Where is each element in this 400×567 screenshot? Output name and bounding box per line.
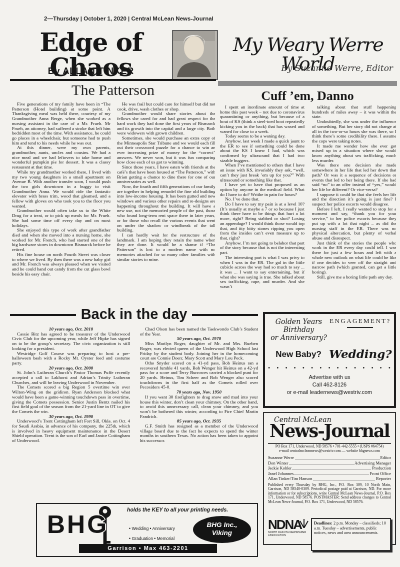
columnist-photo [172,30,218,80]
body-paragraph: If you want 30 firefighters to drag snow… [140,395,258,419]
back-in-the-day-title: Back in the day [81,307,187,323]
columnist-photo-image [173,31,215,77]
body-paragraph: She enjoyed this type of work after gran… [12,228,111,252]
body-paragraph: Anyhow, I’m not going to belabor that pa… [220,241,305,256]
body-paragraph: It made me wonder how she ever got mixed… [312,144,397,163]
body-paragraph: I suppose it could be that she feels her… [312,192,397,207]
celebrations-ad: Golden Years Birthday or Anniversary? En… [263,312,396,408]
body-paragraph: Cassie Bitz has agreed to be treasurer o… [12,332,130,351]
folio-text: 2—Thursday | October 1, 2020 | Central M… [44,16,224,22]
deadlines-title: Deadlines: [314,521,332,526]
masthead-address-block: PO Box 171, Underwood, ND 58576 • 701-44… [268,444,391,454]
body-paragraph: • Wedding • Anniversary [129,526,201,532]
body-paragraph: St. John’s Lutheran Church’s Pastor Thom… [12,371,130,386]
body-paragraph: I spent an inordinate amount of time at … [220,105,305,134]
body-paragraph: Otho Snyder scored on a 41-yd pass, Bob … [140,361,258,390]
masthead-address: PO Box 171, Underwood, ND 58576 • 701-44… [268,444,391,449]
gray-divider-bar [218,81,397,86]
bhg-tagline: holds the KEY to all your printing needs… [127,507,253,513]
cuff-em-danno-headline: Cuff ’em, Danno [218,88,397,104]
body-paragraph: While my grandmother worked there, I liv… [12,170,111,209]
newspaper-page: 2—Thursday | October 1, 2020 | Central M… [0,0,400,567]
heading-rule-right [192,314,258,316]
staff-row: Jackie KohlerProduction [268,465,391,470]
wedding-text: Wedding? [329,347,391,361]
bhg-services-list: • Wedding • Anniversary• Graduation • Me… [129,517,201,543]
left-section-rule [10,79,216,81]
body-paragraph: Underwood’s Trent Cottingham left Fort S… [12,419,130,443]
body-paragraph: Anyhow, last week I made a quick jaunt t… [220,139,305,163]
ndna-burst-icon [299,515,309,533]
new-baby-text: New Baby? [268,349,329,359]
ad-phone-number: Call 462-8126 [268,382,391,390]
celebrations-ad-row-1: Golden Years Birthday or Anniversary? En… [268,318,391,342]
body-paragraph: Before I left, I really wanted to stop f… [312,207,397,241]
body-paragraph: G.F. Smith has resigned as a member of t… [140,424,258,443]
body-paragraph: Grandmother would often take us to the W… [12,209,111,228]
deadlines-box: Deadlines: 2 p.m. Monday – classifieds; … [311,518,391,551]
masthead-box: Central McLean News-Journal PO Box 171, … [263,412,396,545]
staff-row: Allan Tinker/Tim HansonReporter [268,476,391,481]
cuff-em-column-1: I spent an inordinate amount of time at … [220,105,305,309]
celebrations-ad-row-2: New Baby? Wedding? [268,347,391,361]
golden-years-text: Golden Years Birthday or Anniversary? [268,318,330,342]
back-in-the-day-heading: Back in the day [10,307,258,323]
body-paragraph: The interesting part is what I was privy… [220,255,305,289]
staff-row: Don WinterAdvertising Manager [268,460,391,465]
folio-line: 2—Thursday | October 1, 2020 | Central M… [44,16,224,26]
advertise-contact-block: Advertise with us Call 462-8126 or e-mai… [268,374,391,398]
engagement-text: Engagement? [330,318,392,328]
masthead-staff-list: Suzanne WerreEditorDon WinterAdvertising… [268,455,391,482]
back-in-the-day-columns: 10 years ago, Oct. 2010Cassie Bitz has a… [12,327,258,501]
cuff-em-danno-columns: I spent an inordinate amount of time at … [220,105,396,309]
body-paragraph: Undoubtedly, she was under the influence… [312,120,397,144]
engagement-rule [347,327,373,328]
patterson-columns: Five generations of my family have been … [12,102,215,310]
ad-email: or e-mail leadernews@westriv.com [268,389,391,397]
dots-divider: • • • • • • • • • • • • • • • • • • [268,366,391,372]
bhg-printing-ad: BHG holds the KEY to all your printing n… [36,503,258,557]
allan-tinker-byline: By ALLAN TINKER [12,66,170,76]
body-paragraph: • Graduation • Memorial [129,535,201,541]
body-paragraph: Was there one decision she made somewher… [312,163,397,192]
bitd-column-2: Chad Olson has been named the Taekwondo … [140,327,258,501]
patterson-headline: The Patterson [10,83,216,100]
bhg-locations-bar: Garrison • Max 463-2201 [79,544,217,553]
masthead-title: News-Journal [268,424,391,444]
ndna-logo: NDNA NORTH DAKOTA NEWSPAPER ASSOCIATION [268,518,311,537]
masthead-bottom-row: NDNA NORTH DAKOTA NEWSPAPER ASSOCIATION … [268,518,391,551]
body-paragraph: Just think of the stories the people who… [312,241,397,275]
body-paragraph: I have yet to have that proposed as an o… [220,183,305,198]
bitd-column-1: 10 years ago, Oct. 2010Cassie Bitz has a… [12,327,130,501]
bhg-inc-oval: BHG Inc., Viking [193,516,251,543]
body-paragraph: At this dinner, were my own parents, gra… [12,146,111,170]
suzanne-werre-byline: By Suzanne Werre, Editor [219,64,393,74]
body-paragraph: Do I have to say my pain is at a level 1… [220,202,305,241]
body-paragraph: Since those years, I have eaten with fri… [117,165,216,184]
publisher-info: Published every Thursday by BHG, Inc., P… [268,483,391,504]
ndna-subtitle: NORTH DAKOTA NEWSPAPER ASSOCIATION [268,531,311,537]
bhg-logo: BHG [47,513,109,538]
body-paragraph: The Comets scored a big Region 5 overtim… [12,385,130,414]
body-paragraph: Still, give me a boring little path any … [312,275,397,280]
patterson-column-2: He was frail but could care for himself … [117,102,216,310]
staff-row: Suzanne WerreEditor [268,455,391,460]
body-paragraph: When I’ve mentioned to others that I hav… [220,163,305,182]
body-paragraph: Five generations of my family have been … [12,102,111,146]
body-paragraph: I can hardly wait for the restructure of… [117,233,216,262]
masthead-publisher-block: Published every Thursday by BHG, Inc., P… [268,483,391,516]
patterson-column-1: Five generations of my family have been … [12,102,111,310]
body-paragraph: Sometimes, she would purchase an extra c… [117,136,216,165]
heading-rule-left [10,314,76,316]
body-paragraph: His fine house on north Fourth Street wa… [12,252,111,276]
body-paragraph: talking about that stuff happening hundr… [312,105,397,120]
advertise-with-us-text: Advertise with us [268,374,391,382]
body-paragraph: Now, the fourth and fifth generations of… [117,184,216,233]
masthead-contact: e-mail centralmcleannews@westriv.com — w… [268,448,391,453]
cuff-em-column-2: talking about that stuff happening hundr… [312,105,397,309]
body-paragraph: Grandmother would share stories about th… [117,112,216,136]
body-paragraph: Miss Marilyn Roger, daughter of Mr. and … [140,342,258,361]
body-paragraph: Westridge Golf Course was preparing to h… [12,351,130,366]
staff-row: Janel JohannesFront Office [268,471,391,476]
